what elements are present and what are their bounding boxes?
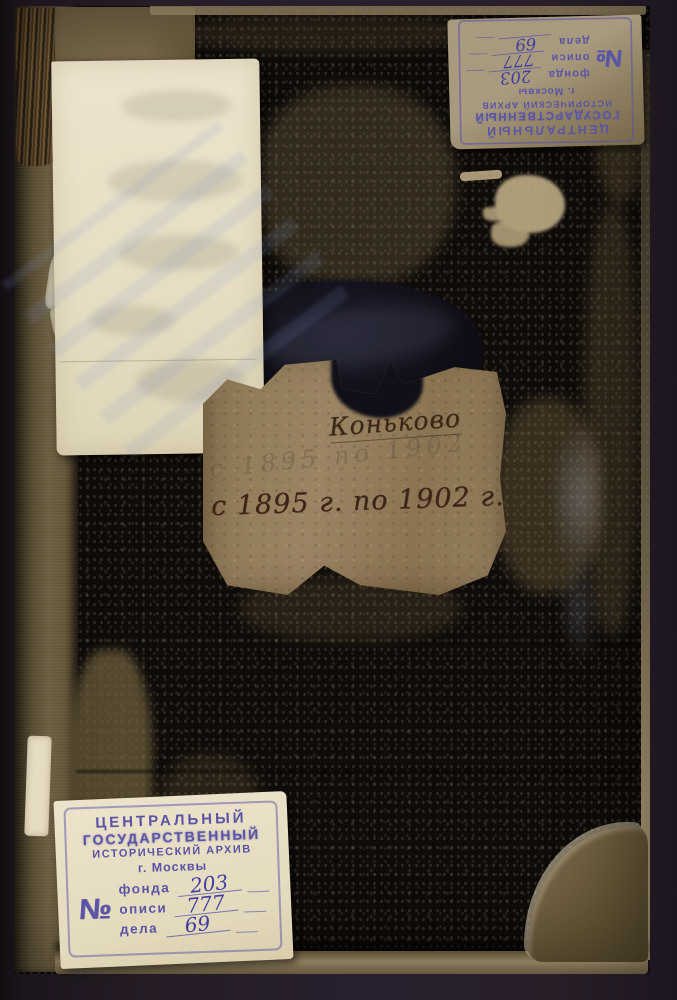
wear-patch — [185, 14, 465, 52]
archive-label-bottom: ЦЕНТРАЛЬНЫЙ ГОСУДАРСТВЕННЫЙ ИСТОРИЧЕСКИЙ… — [53, 791, 293, 969]
stamp-field-label: дела — [558, 35, 590, 48]
archive-label-top: ЦЕНТРАЛЬНЫЙ ГОСУДАРСТВЕННЫЙ ИСТОРИЧЕСКИЙ… — [447, 14, 644, 149]
archive-stamp-bottom: ЦЕНТРАЛЬНЫЙ ГОСУДАРСТВЕННЫЙ ИСТОРИЧЕСКИЙ… — [63, 800, 282, 957]
paper-sliver — [24, 736, 51, 837]
stamp-field-label: дела — [120, 921, 159, 937]
stamp-underline-tail — [235, 919, 257, 933]
stamp-underline-tail — [244, 899, 266, 913]
stamp-underline-tail — [466, 70, 484, 81]
stamp-field-label: фонда — [118, 880, 170, 897]
stamp-archive-city: г. Москвы — [467, 85, 625, 99]
stamp-field-label: описи — [119, 900, 168, 917]
stamp-field-row: дела 69 — [466, 35, 590, 52]
right-board-edge — [641, 50, 650, 960]
archive-stamp-top-flipped: ЦЕНТРАЛЬНЫЙ ГОСУДАРСТВЕННЫЙ ИСТОРИЧЕСКИЙ… — [458, 17, 634, 145]
stamp-number-sign: № — [78, 893, 113, 927]
stamp-underline-tail — [469, 53, 487, 64]
crease-line — [76, 770, 641, 773]
stamp-field-value: 69 — [499, 34, 553, 53]
stamp-underline-tail — [477, 37, 495, 48]
crease-line — [390, 640, 642, 642]
paper-smudge — [122, 89, 232, 123]
top-cloth-band — [55, 7, 195, 65]
title-date-range: с 1895 г. по 1902 г. — [211, 481, 505, 522]
white-smudge — [558, 550, 600, 665]
stamp-number-sign: № — [595, 44, 624, 72]
stamp-field-row: дела 69 — [120, 914, 272, 937]
stamp-field-label: фонда — [547, 68, 590, 81]
stamp-underline-tail — [247, 879, 269, 893]
stamp-archive-line2: ГОСУДАРСТВЕННЫЙ — [468, 108, 626, 124]
stamp-archive-line1: ЦЕНТРАЛЬНЫЙ — [468, 121, 626, 138]
light-stain-blob — [495, 175, 565, 233]
stamp-field-row: фонда 203 — [466, 68, 590, 85]
stamp-field-label: описи — [550, 52, 590, 65]
top-board-edge — [150, 6, 646, 15]
archival-photo: 4 с 1895 по 1902 Коньково с 1895 г. по 1… — [0, 0, 677, 1000]
